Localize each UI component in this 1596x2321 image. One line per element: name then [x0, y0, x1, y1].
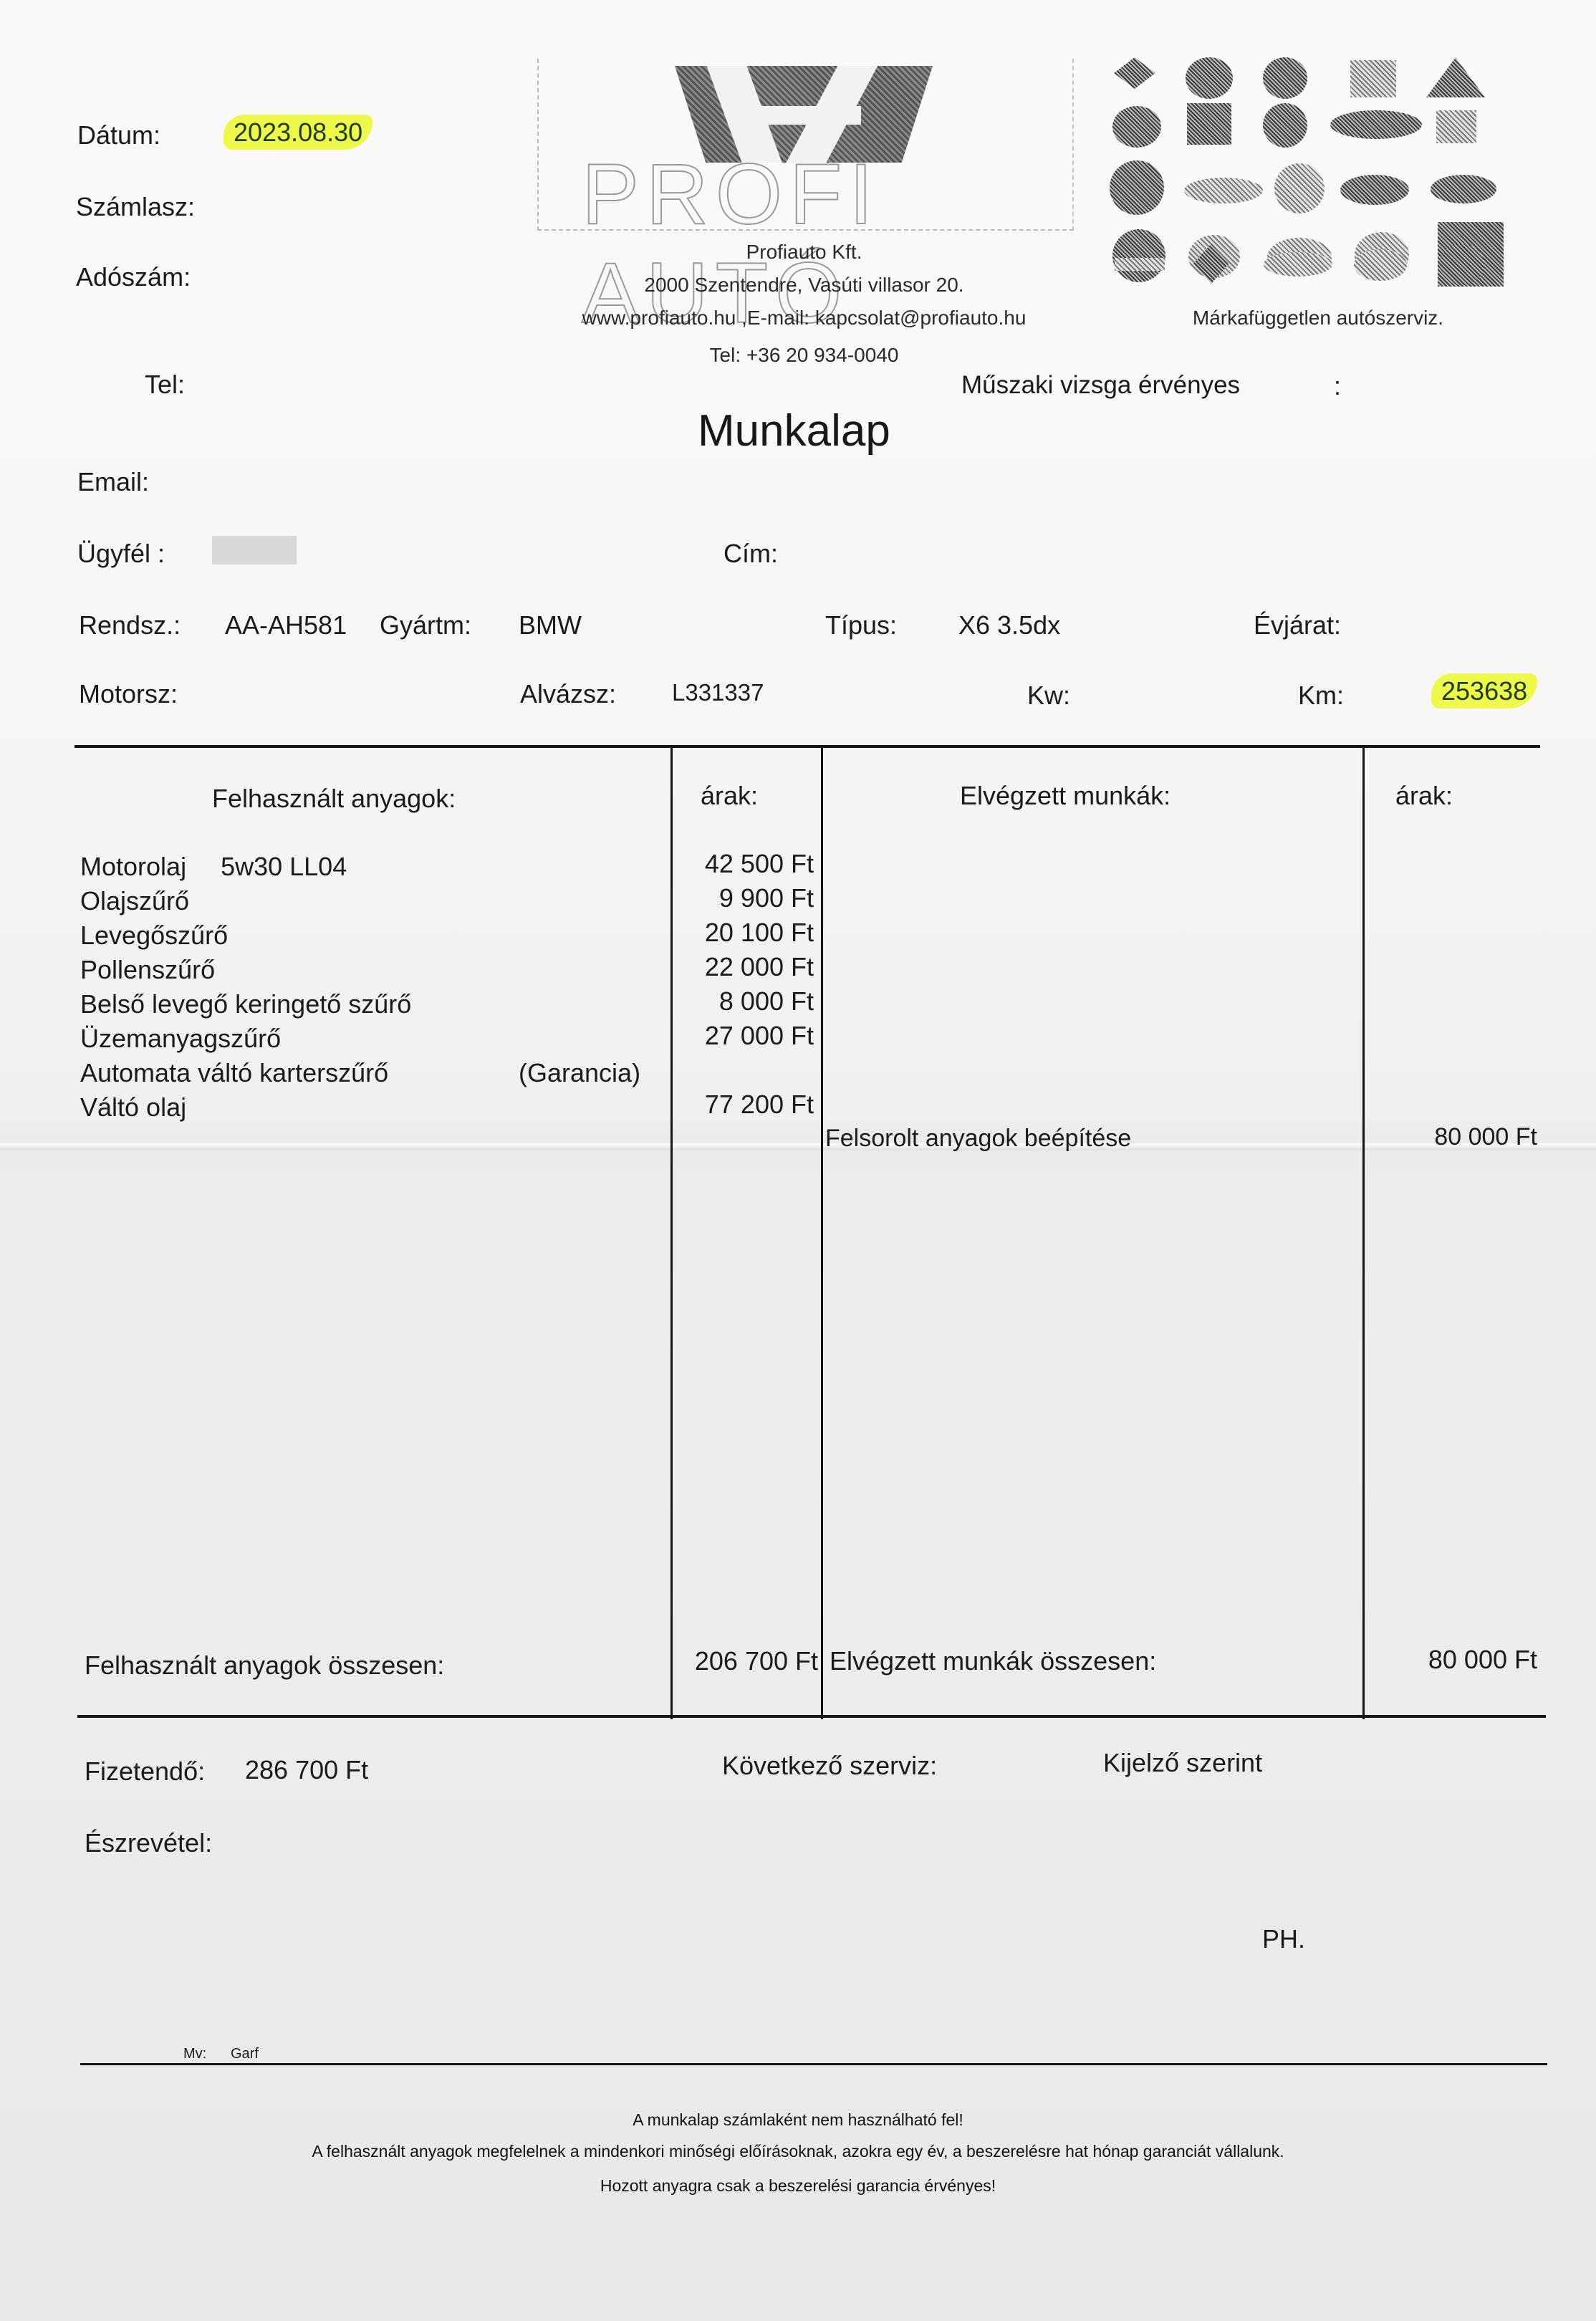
material-price: 9 900 Ft — [673, 881, 814, 916]
mechanic-value: Garf — [231, 2046, 259, 2062]
company-web-email: www.profiauto.hu ,E-mail: kapcsolat@prof… — [501, 307, 1107, 330]
table-divider-labor-price — [1362, 745, 1365, 1719]
table-top-border — [74, 745, 1540, 748]
footer-note-3: Hozott anyagra csak a beszerelési garanc… — [0, 2176, 1596, 2196]
materials-list: Motorolaj5w30 LL04 Olajszűrő Levegőszűrő… — [80, 850, 668, 1125]
tax-number-label: Adószám: — [76, 262, 191, 292]
toyota-icon — [1186, 57, 1233, 99]
material-price: 27 000 Ft — [673, 1019, 814, 1053]
material-row: Automata váltó karterszűrő(Garancia) — [80, 1056, 668, 1090]
materials-total-label: Felhasznált anyagok összesen: — [85, 1650, 444, 1681]
citroen-icon — [1187, 103, 1231, 145]
material-name: Levegőszűrő — [80, 921, 228, 950]
document-title: Munkalap — [698, 405, 890, 456]
date-highlight: 2023.08.30 — [223, 115, 372, 150]
next-service-value: Kijelző szerint — [1103, 1748, 1262, 1778]
plate-label: Rendsz.: — [79, 610, 181, 640]
remarks-label: Észrevétel: — [85, 1828, 212, 1858]
type-value: X6 3.5dx — [958, 610, 1060, 640]
company-name: Profiauto Kft. — [537, 241, 1071, 264]
stamp-label: PH. — [1262, 1924, 1305, 1954]
audi-icon — [1264, 252, 1332, 277]
kw-label: Kw: — [1027, 681, 1070, 711]
skoda-icon — [1263, 103, 1307, 148]
address-label: Cím: — [724, 539, 778, 569]
invoice-number-label: Számlasz: — [76, 192, 195, 222]
material-row: Motorolaj5w30 LL04 — [80, 850, 668, 884]
material-price: 42 500 Ft — [673, 847, 814, 881]
mechanic-label: Mv: — [183, 2046, 206, 2062]
table-divider-price-labor — [821, 745, 823, 1719]
material-row: Levegőszűrő — [80, 918, 668, 953]
km-highlight: 253638 — [1431, 673, 1537, 708]
signature-line — [80, 2063, 1547, 2065]
year-label: Évjárat: — [1254, 610, 1341, 640]
vin-value: L331337 — [672, 679, 764, 706]
material-name: Olajszűrő — [80, 886, 189, 916]
plate-value: AA-AH581 — [225, 610, 347, 640]
material-row: Olajszűrő — [80, 884, 668, 918]
km-label: Km: — [1298, 681, 1344, 711]
material-price — [673, 1053, 814, 1087]
materials-price-header: árak: — [701, 781, 758, 811]
materials-total-value: 206 700 Ft — [673, 1646, 818, 1676]
labor-total-value: 80 000 Ft — [1368, 1645, 1537, 1675]
materials-header: Felhasznált anyagok: — [212, 784, 456, 814]
type-label: Típus: — [825, 610, 897, 640]
client-value-redacted — [212, 536, 297, 564]
date-label: Dátum: — [77, 120, 160, 150]
company-logo: PROFI AUTÓ — [537, 59, 1074, 231]
labor-price-header: árak: — [1395, 781, 1453, 811]
phone-label: Tel: — [145, 370, 185, 400]
labor-item-price: 80 000 Ft — [1368, 1123, 1537, 1151]
labor-header: Elvégzett munkák: — [960, 781, 1170, 811]
km-value: 253638 — [1431, 676, 1537, 706]
labor-total-label: Elvégzett munkák összesen: — [830, 1646, 1156, 1676]
material-name: Motorolaj — [80, 852, 186, 881]
material-price: 22 000 Ft — [673, 950, 814, 984]
volkswagen-icon — [1440, 244, 1484, 285]
material-price: 77 200 Ft — [673, 1087, 814, 1122]
company-tagline: Márkafüggetlen autószerviz. — [1100, 307, 1537, 330]
company-phone: Tel: +36 20 934-0040 — [537, 344, 1071, 367]
hyundai-icon — [1184, 178, 1263, 203]
brand-logos-bottom-row — [1112, 244, 1513, 287]
client-label: Ügyfél : — [77, 539, 165, 569]
material-row: Üzemanyagszűrő — [80, 1022, 668, 1056]
material-price: 8 000 Ft — [673, 984, 814, 1019]
nissan-icon — [1112, 106, 1161, 148]
suzuki-icon — [1114, 57, 1155, 89]
material-row: Váltó olaj — [80, 1090, 668, 1125]
material-row: Belső levegő keringető szűrő — [80, 987, 668, 1022]
material-row: Pollenszűrő — [80, 953, 668, 987]
material-detail: (Garancia) — [519, 1056, 640, 1090]
company-address: 2000 Szentendre, Vasúti villasor 20. — [501, 274, 1107, 297]
kia-icon — [1340, 175, 1409, 205]
engine-number-label: Motorsz: — [79, 679, 178, 709]
material-name: Váltó olaj — [80, 1092, 186, 1122]
material-detail: 5w30 LL04 — [221, 852, 347, 881]
renault-icon — [1193, 244, 1229, 284]
materials-prices: 42 500 Ft 9 900 Ft 20 100 Ft 22 000 Ft 8… — [673, 847, 814, 1122]
mot-label: Műszaki vizsga érvényes — [961, 371, 1240, 400]
labor-item-name: Felsorolt anyagok beépítése — [825, 1125, 1131, 1153]
table-bottom-border — [77, 1715, 1546, 1718]
material-name: Automata váltó karterszűrő — [80, 1058, 388, 1087]
ford-icon — [1330, 110, 1422, 139]
mercedes-icon — [1274, 163, 1325, 213]
next-service-label: Következő szerviz: — [722, 1751, 937, 1781]
mot-colon: : — [1334, 371, 1341, 401]
toyota2-icon — [1354, 249, 1407, 281]
seat-icon — [1350, 60, 1396, 97]
opel-icon — [1110, 160, 1164, 215]
payable-value: 286 700 Ft — [245, 1755, 368, 1785]
material-name: Üzemanyagszűrő — [80, 1024, 281, 1053]
date-value: 2023.08.30 — [223, 117, 372, 148]
material-name: Belső levegő keringető szűrő — [80, 989, 411, 1019]
make-value: BMW — [519, 610, 582, 640]
fiat-icon — [1115, 258, 1165, 271]
chevrolet-icon — [1431, 175, 1496, 203]
material-name: Pollenszűrő — [80, 955, 215, 984]
footer-note-2: A felhasznált anyagok megfelelnek a mind… — [0, 2142, 1596, 2161]
make-label: Gyártm: — [380, 610, 471, 640]
payable-label: Fizetendő: — [85, 1757, 205, 1787]
mitsubishi-icon — [1426, 57, 1485, 97]
honda-icon — [1436, 110, 1476, 143]
paper-fold — [0, 1143, 1596, 1150]
material-price: 20 100 Ft — [673, 916, 814, 950]
vin-label: Alvázsz: — [520, 679, 616, 709]
table-divider-materials-price — [670, 745, 673, 1719]
email-label: Email: — [77, 467, 149, 497]
footer-note-1: A munkalap számlaként nem használható fe… — [0, 2110, 1596, 2130]
saab-icon — [1263, 57, 1307, 99]
